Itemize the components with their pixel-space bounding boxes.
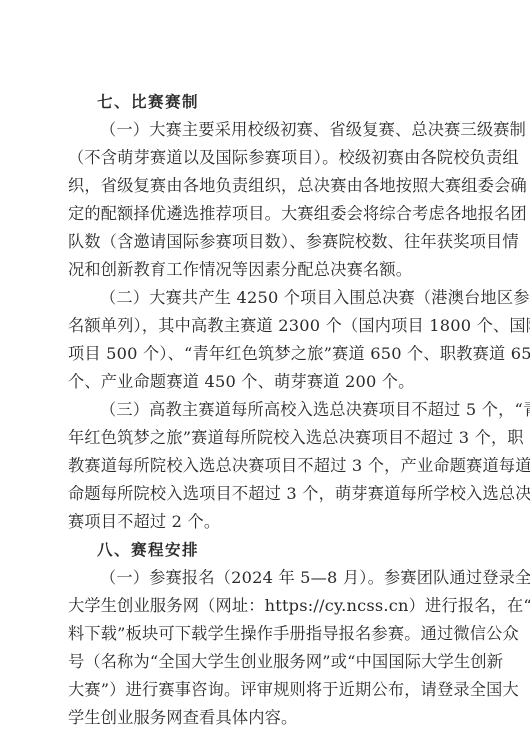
text-line: 教赛道每所院校入选总决赛项目不超过 3 个，产业命题赛道每道 xyxy=(68,452,460,480)
text-line: （一）大赛主要采用校级初赛、省级复赛、总决赛三级赛制 xyxy=(100,116,460,144)
text-line: 个、产业命题赛道 450 个、萌芽赛道 200 个。 xyxy=(68,368,460,396)
text-line: 命题每所院校入选项目不超过 3 个，萌芽赛道每所学校入选总决 xyxy=(68,480,460,508)
text-line: 况和创新教育工作情况等因素分配总决赛名额。 xyxy=(68,256,460,284)
text-line: 学生创业服务网查看具体内容。 xyxy=(68,704,460,732)
text-line: 号（名称为“全国大学生创业服务网”或“中国国际大学生创新 xyxy=(68,648,460,676)
text-line: 队数（含邀请国际参赛项目数）、参赛院校数、往年获奖项目情 xyxy=(68,228,460,256)
text-line: 年红色筑梦之旅”赛道每所院校入选总决赛项目不超过 3 个，职 xyxy=(68,424,460,452)
text-line: 项目 500 个）、“青年红色筑梦之旅”赛道 650 个、职教赛道 650 xyxy=(68,340,460,368)
section-heading-schedule: 八、赛程安排 xyxy=(97,536,489,564)
document-page: 七、比赛赛制 （一）大赛主要采用校级初赛、省级复赛、总决赛三级赛制 （不含萌芽赛… xyxy=(0,0,530,749)
text-line: （不含萌芽赛道以及国际参赛项目）。校级初赛由各院校负责组 xyxy=(68,144,460,172)
text-line: （三）高教主赛道每所高校入选总决赛项目不超过 5 个，“青 xyxy=(100,396,460,424)
text-line: 料下载”板块可下载学生操作手册指导报名参赛。通过微信公众 xyxy=(68,620,460,648)
text-line: 定的配额择优遴选推荐项目。大赛组委会将综合考虑各地报名团 xyxy=(68,200,460,228)
section-heading-competition-system: 七、比赛赛制 xyxy=(97,88,489,116)
text-line: 名额单列），其中高教主赛道 2300 个（国内项目 1800 个、国际 xyxy=(68,312,460,340)
text-line: 大赛”）进行赛事咨询。评审规则将于近期公布，请登录全国大 xyxy=(68,676,460,704)
text-line: （一）参赛报名（2024 年 5—8 月）。参赛团队通过登录全国 xyxy=(100,564,460,592)
text-line: 赛项目不超过 2 个。 xyxy=(68,508,460,536)
text-line: 织，省级复赛由各地负责组织，总决赛由各地按照大赛组委会确 xyxy=(68,172,460,200)
text-line: （二）大赛共产生 4250 个项目入围总决赛（港澳台地区参赛 xyxy=(100,284,460,312)
text-line: 大学生创业服务网（网址：https://cy.ncss.cn）进行报名，在“资 xyxy=(68,592,460,620)
